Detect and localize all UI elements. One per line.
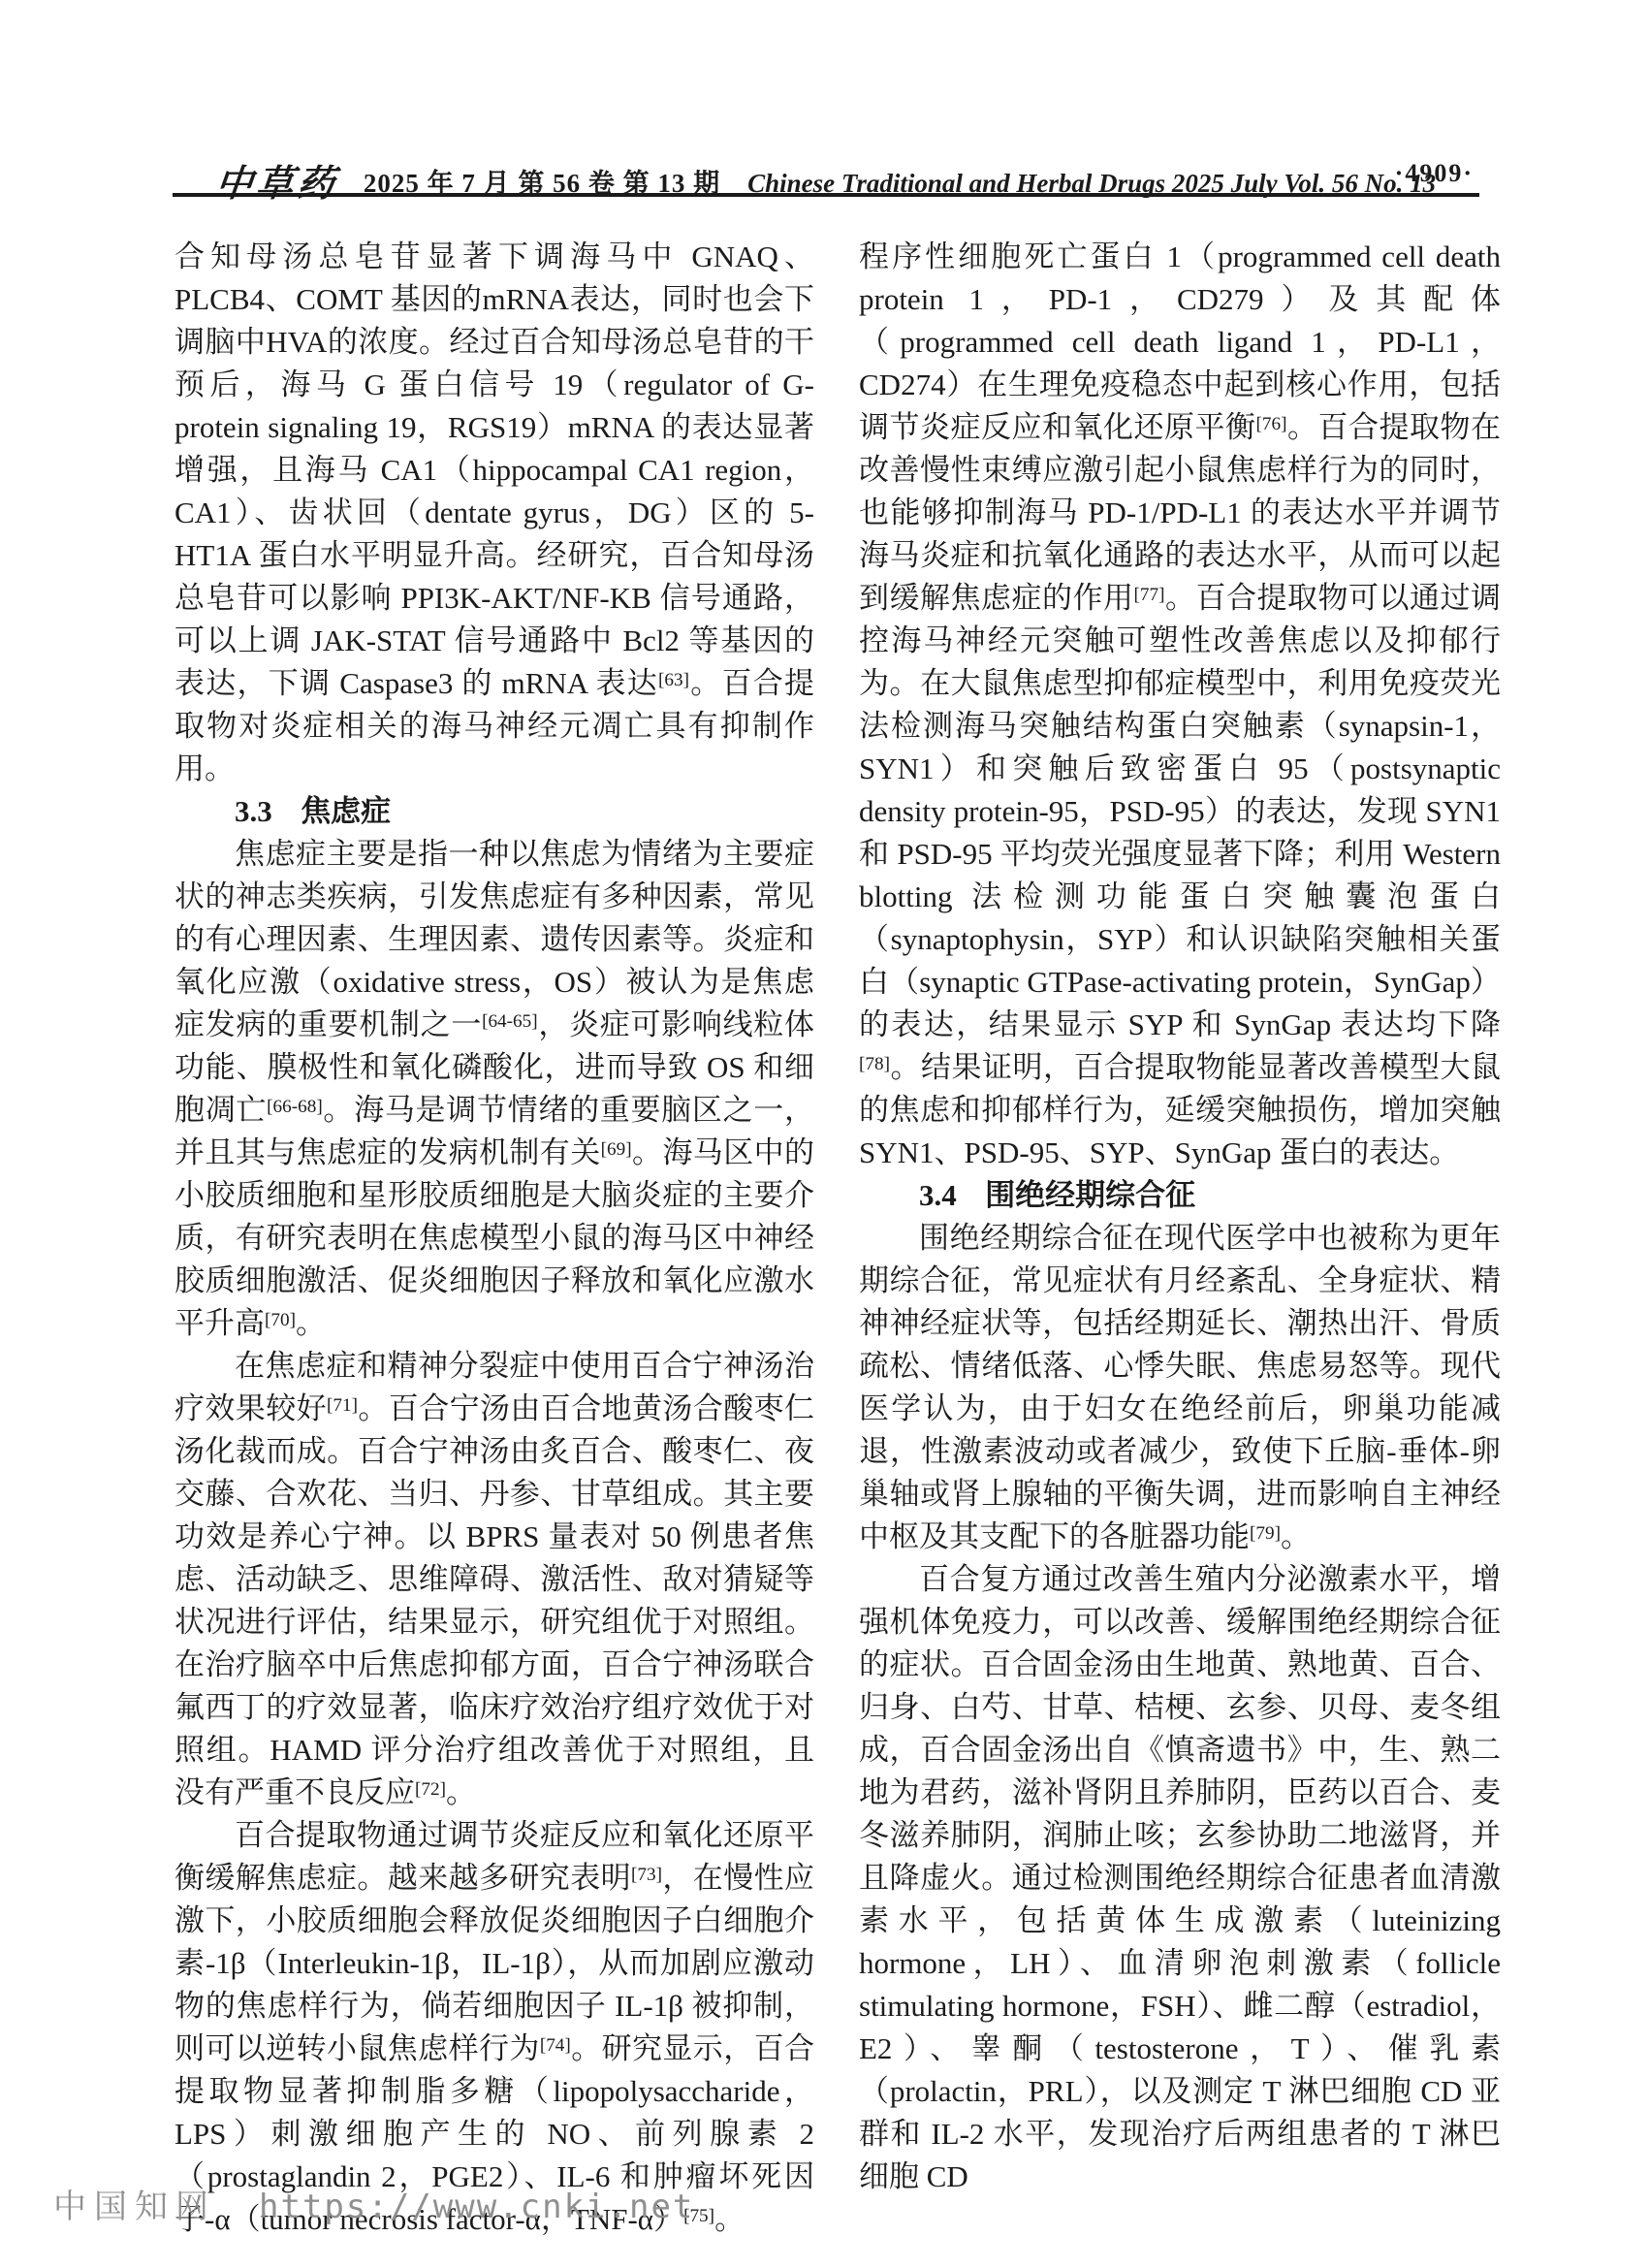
continued-paragraph: 合知母汤总皂苷显著下调海马中 GNAQ、PLCB4、COMT 基因的mRNA表达… <box>174 236 814 790</box>
paragraph: 焦虑症主要是指一种以焦虑为情绪为主要症状的神志类疾病，引发焦虑症有多种因素，常见… <box>174 833 814 1345</box>
page: 中草药 2025 年 7 月 第 56 卷 第 13 期 Chinese Tra… <box>0 0 1649 2268</box>
cnki-url[interactable]: https://www.cnki.net <box>259 2188 694 2226</box>
section-title: 围绝经期综合征 <box>985 1178 1195 1212</box>
paragraph: 在焦虑症和精神分裂症中使用百合宁神汤治疗效果较好[71]。百合宁汤由百合地黄汤合… <box>174 1345 814 1814</box>
section-title: 焦虑症 <box>301 794 391 828</box>
continued-paragraph: 程序性细胞死亡蛋白 1（programmed cell death protei… <box>859 236 1501 1174</box>
section-heading-3-4: 3.4围绝经期综合征 <box>859 1174 1501 1217</box>
page-footer: 中国知网 https://www.cnki.net <box>53 2180 694 2227</box>
page-number: ·4909· <box>1395 159 1474 188</box>
paragraph: 围绝经期综合征在现代医学中也被称为更年期综合征，常见症状有月经紊乱、全身症状、精… <box>859 1217 1501 1558</box>
paragraph: 百合提取物通过调节炎症反应和氧化还原平衡缓解焦虑症。越来越多研究表明[73]，在… <box>174 1814 814 2241</box>
section-number: 3.4 <box>919 1178 957 1212</box>
journal-logo-zh: 中草药 <box>213 153 341 207</box>
header-title-group: 中草药 2025 年 7 月 第 56 卷 第 13 期 Chinese Tra… <box>173 153 1479 207</box>
section-number: 3.3 <box>235 794 272 828</box>
body-left-column: 合知母汤总皂苷显著下调海马中 GNAQ、PLCB4、COMT 基因的mRNA表达… <box>174 236 814 2241</box>
paragraph: 百合复方通过改善生殖内分泌激素水平，增强机体免疫力，可以改善、缓解围绝经期综合征… <box>859 1558 1501 2198</box>
section-heading-3-3: 3.3焦虑症 <box>174 790 814 833</box>
header-rule <box>173 193 1479 197</box>
body-right-column: 程序性细胞死亡蛋白 1（programmed cell death protei… <box>859 236 1501 2198</box>
cnki-site-name: 中国知网 <box>53 2180 216 2227</box>
page-header: 中草药 2025 年 7 月 第 56 卷 第 13 期 Chinese Tra… <box>173 153 1479 192</box>
